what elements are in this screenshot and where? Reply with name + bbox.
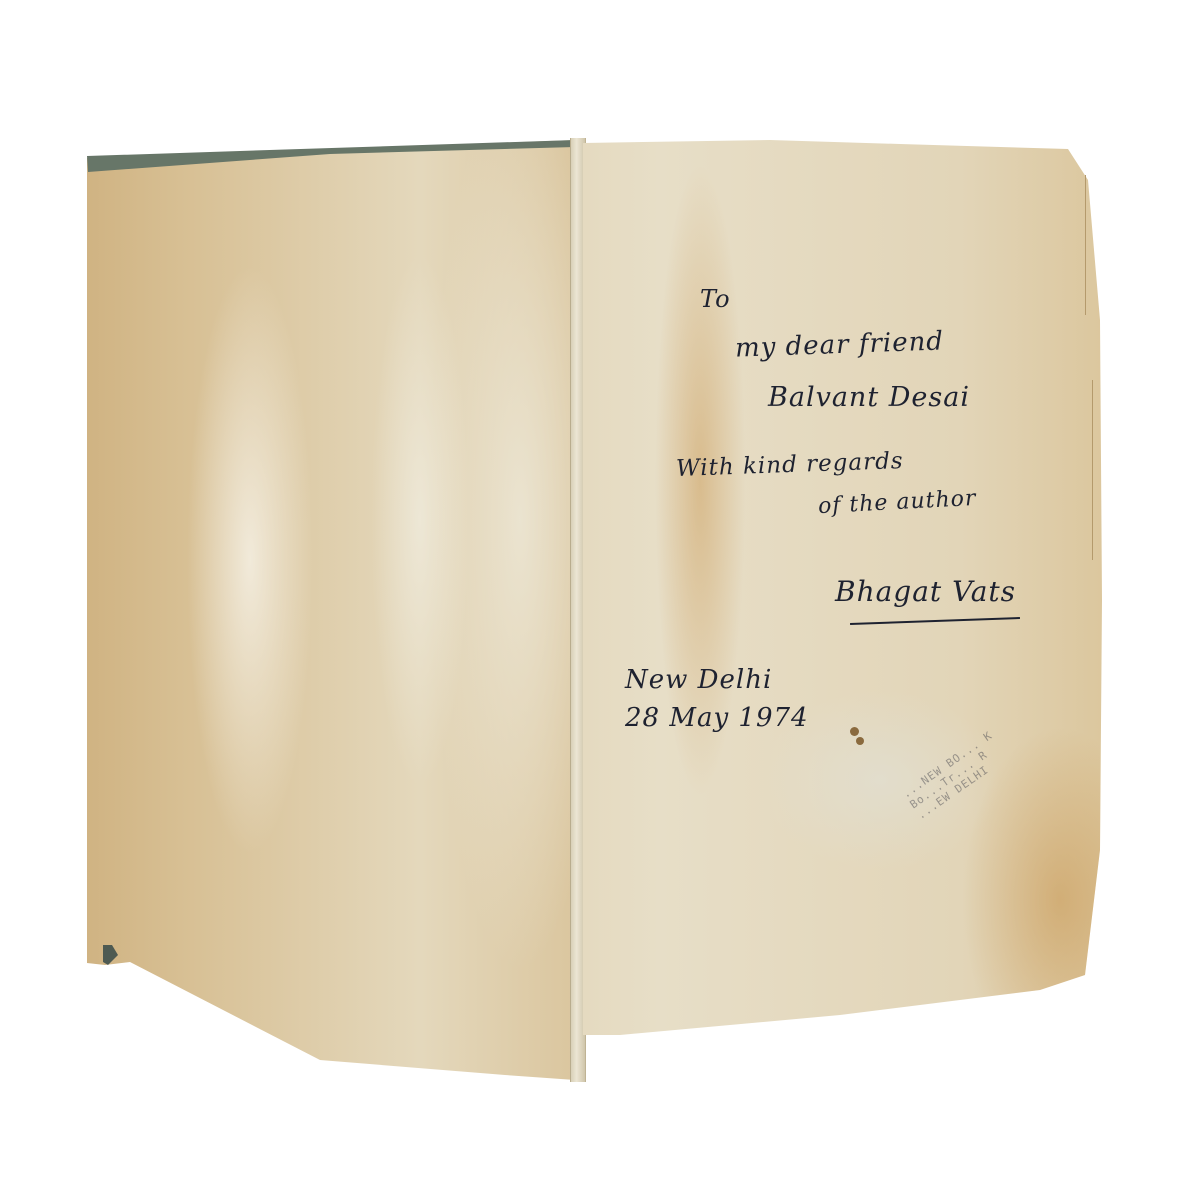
author-signature: Bhagat Vats bbox=[835, 575, 1016, 608]
inscription-to: To bbox=[700, 285, 731, 313]
page-edge-tear bbox=[1085, 175, 1086, 315]
open-book: To my dear friend Balvant Desai With kin… bbox=[0, 0, 1200, 1200]
foxing-spot bbox=[856, 737, 864, 745]
page-edge-tear bbox=[1092, 380, 1093, 560]
inscription-date: 28 May 1974 bbox=[625, 703, 809, 733]
foxing-spot bbox=[850, 727, 859, 736]
inscription-place: New Delhi bbox=[625, 665, 772, 695]
inscription-recipient: Balvant Desai bbox=[768, 382, 970, 413]
